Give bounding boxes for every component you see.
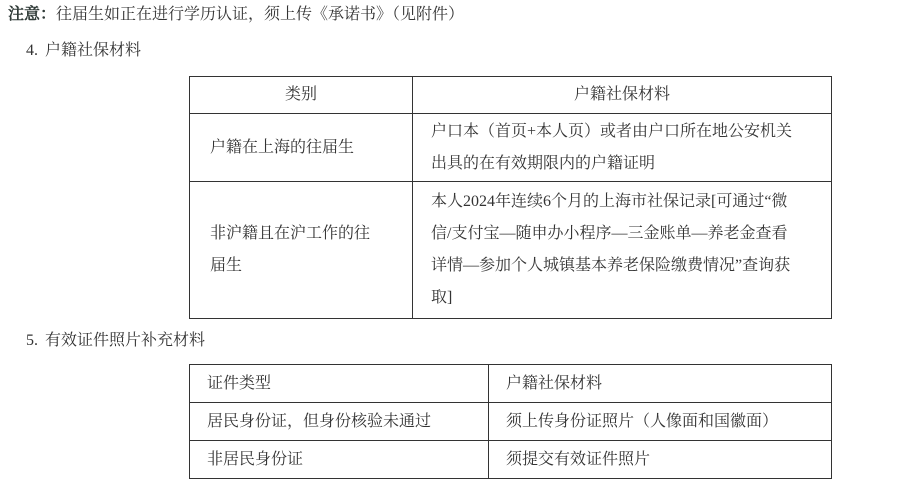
notice-text: 往届生如正在进行学历认证，须上传《承诺书》（见附件） <box>56 6 464 23</box>
notice-label: 注意： <box>8 6 56 23</box>
section-4-number: 4. <box>26 41 38 61</box>
cell-material-hukou: 户口本（首页+本人页）或者由户口所在地公安机关 出具的在有效期限内的户籍证明 <box>413 114 832 182</box>
header-cell-material: 户籍社保材料 <box>413 77 832 114</box>
table-row: 非居民身份证 须提交有效证件照片 <box>190 441 832 479</box>
section-4-title: 户籍社保材料 <box>45 42 141 59</box>
cell-id-resident-failed: 居民身份证，但身份核验未通过 <box>190 403 489 441</box>
header-cell-material: 户籍社保材料 <box>489 365 832 403</box>
table-row: 户籍在上海的往届生 户口本（首页+本人页）或者由户口所在地公安机关 出具的在有效… <box>190 114 832 182</box>
header-cell-id-type: 证件类型 <box>190 365 489 403</box>
notice-line: 注意：往届生如正在进行学历认证，须上传《承诺书》（见附件） <box>8 5 464 25</box>
cell-material-social-security: 本人2024年连续6个月的上海市社保记录[可通过“微 信/支付宝—随申办小程序—… <box>413 182 832 319</box>
table-row: 非沪籍且在沪工作的往 届生 本人2024年连续6个月的上海市社保记录[可通过“微… <box>190 182 832 319</box>
cell-id-non-resident: 非居民身份证 <box>190 441 489 479</box>
header-cell-category: 类别 <box>190 77 413 114</box>
section-5-title: 有效证件照片补充材料 <box>45 332 205 349</box>
cell-category-non-shanghai: 非沪籍且在沪工作的往 届生 <box>190 182 413 319</box>
cell-requirement-id-photo: 须上传身份证照片（人像面和国徽面） <box>489 403 832 441</box>
cell-category-shanghai: 户籍在上海的往届生 <box>190 114 413 182</box>
section-5-heading: 5.有效证件照片补充材料 <box>26 331 205 351</box>
table-header-row: 证件类型 户籍社保材料 <box>190 365 832 403</box>
section-4-heading: 4.户籍社保材料 <box>26 41 141 61</box>
cell-requirement-valid-id-photo: 须提交有效证件照片 <box>489 441 832 479</box>
household-social-security-table: 类别 户籍社保材料 户籍在上海的往届生 户口本（首页+本人页）或者由户口所在地公… <box>189 76 832 319</box>
document-page: 注意：往届生如正在进行学历认证，须上传《承诺书》（见附件） 4.户籍社保材料 类… <box>0 0 901 484</box>
table-row: 居民身份证，但身份核验未通过 须上传身份证照片（人像面和国徽面） <box>190 403 832 441</box>
table-header-row: 类别 户籍社保材料 <box>190 77 832 114</box>
section-5-number: 5. <box>26 331 38 351</box>
id-photo-supplement-table: 证件类型 户籍社保材料 居民身份证，但身份核验未通过 须上传身份证照片（人像面和… <box>189 364 832 479</box>
